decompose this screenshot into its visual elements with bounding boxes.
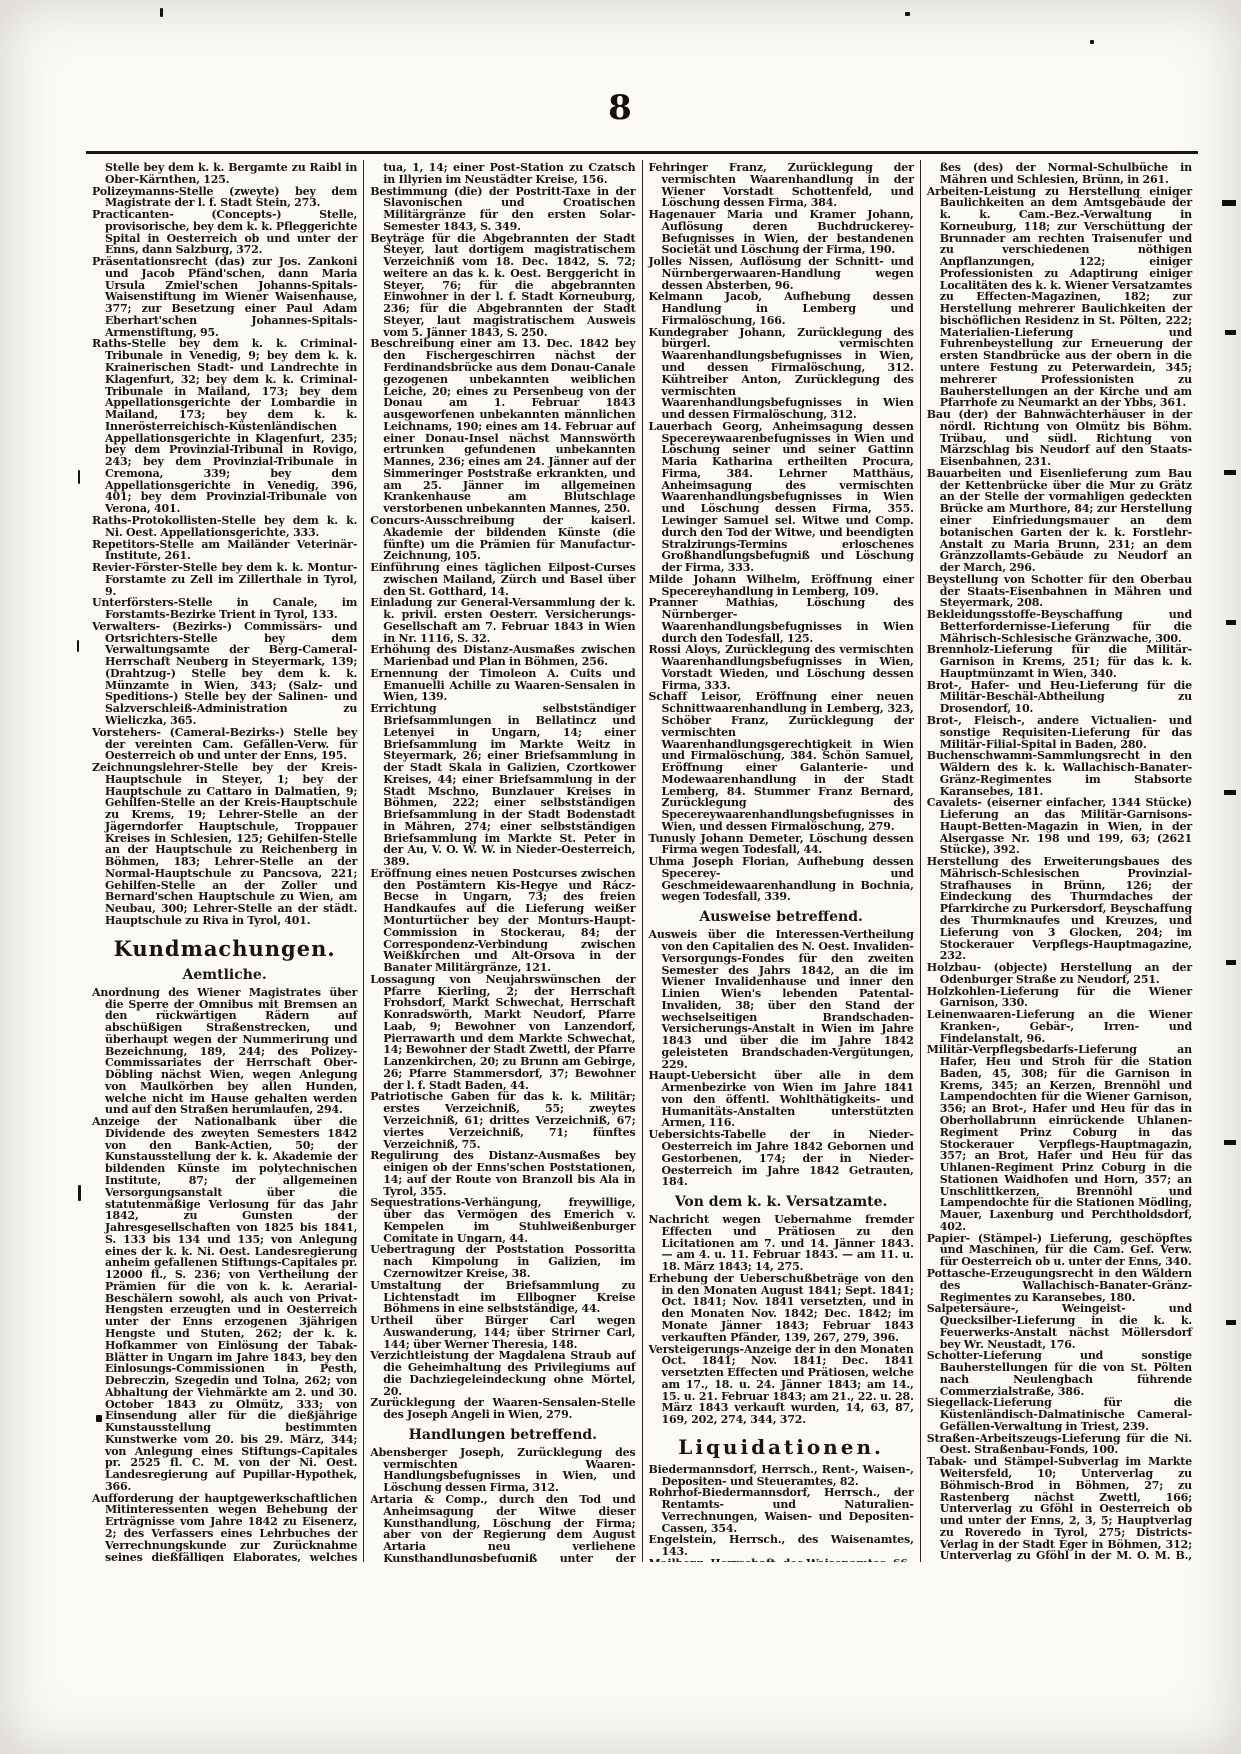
- index-entry: Revier-Förster-Stelle bey dem k. k. Mont…: [92, 562, 357, 597]
- index-entry: Uhma Joseph Florian, Aufhebung dessen Sp…: [649, 856, 914, 903]
- page-edge-mark: [1222, 200, 1236, 206]
- index-entry: Verwalters- (Bezirks-) Commissärs- und O…: [92, 621, 357, 727]
- index-entry: Errichtung selbstständiger Briefsammlung…: [370, 703, 635, 868]
- page-edge-mark: [1224, 470, 1236, 475]
- index-entry: Arbeiten-Leistung zu Herstellung einiger…: [927, 186, 1192, 410]
- page-edge-mark: [1225, 330, 1236, 335]
- index-entry: Einführung eines täglichen Eilpost-Curse…: [370, 562, 635, 597]
- index-column-3: Fehringer Franz, Zurücklegung der vermis…: [642, 160, 920, 1562]
- section-heading: Von dem k. k. Versatzamte.: [649, 1194, 914, 1210]
- index-entry: Uebertragung der Poststation Possoritta …: [370, 1244, 635, 1279]
- index-entry: ßes (des) der Normal-Schulbüche in Mähre…: [927, 162, 1192, 186]
- index-entry: Bauarbeiten und Eisenlieferung zum Bau d…: [927, 468, 1192, 574]
- index-entry: Pranner Mathias, Löschung des Nürnberger…: [649, 597, 914, 644]
- index-entry: Erhebung der Ueberschußbeträge von den i…: [649, 1273, 914, 1344]
- page-edge-mark: [1224, 1140, 1236, 1145]
- index-entry: Uebersichts-Tabelle der in Nieder-Oester…: [649, 1129, 914, 1188]
- index-entry: Erhöhung des Distanz-Ausmaßes zwischen M…: [370, 644, 635, 668]
- index-entry: Sequestrations-Verhängung, freywillige, …: [370, 1197, 635, 1244]
- index-entry: Tabak- und Stämpel-Subverlag im Markte W…: [927, 1456, 1192, 1562]
- index-entry: Ausweis über die Interessen-Vertheilung …: [649, 929, 914, 1070]
- index-column-2: tua, 1, 14; einer Post-Station zu Czatsc…: [363, 160, 641, 1562]
- index-entry: Lossagung von Neujahrswünschen der Pfarr…: [370, 974, 635, 1092]
- index-entry: Eröffnung eines neuen Postcurses zwische…: [370, 868, 635, 974]
- index-entry: Kundegraber Johann, Zurücklegung des bür…: [649, 327, 914, 421]
- index-entry: Mailberg, Herrschaft, des Waisenamtes, 6…: [649, 1558, 914, 1562]
- index-entry: Patriotische Gaben für das k. k. Militär…: [370, 1091, 635, 1150]
- index-entry: Beschreibung einer am 13. Dec. 1842 bey …: [370, 338, 635, 514]
- index-entry: Vorstehers- (Cameral-Bezirks-) Stelle be…: [92, 727, 357, 762]
- index-entry: Abensberger Joseph, Zurücklegung des ver…: [370, 1447, 635, 1494]
- scan-speck: [160, 8, 163, 17]
- index-entry: Brennholz-Lieferung für die Militär-Garn…: [927, 644, 1192, 679]
- index-entry: Salpetersäure-, Weingeist- und Quecksilb…: [927, 1303, 1192, 1350]
- index-entry: Biedermannsdorf, Herrsch., Rent-, Waisen…: [649, 1464, 914, 1488]
- page-edge-mark: [1226, 960, 1236, 965]
- index-entry: Holzbau- (objecte) Herstellung an der Od…: [927, 962, 1192, 986]
- index-entry: Präsentationsrecht (das) zur Jos. Zankon…: [92, 256, 357, 338]
- index-entry: Einladung zur General-Versammlung der k.…: [370, 597, 635, 644]
- index-entry: Verzichtleistung der Magdalena Straub au…: [370, 1350, 635, 1397]
- page-edge-mark: [1226, 1320, 1236, 1325]
- index-entry: Rossi Aloys, Zurücklegung des vermischte…: [649, 644, 914, 691]
- index-entry: Zeichnungslehrer-Stelle bey der Kreis-Ha…: [92, 762, 357, 927]
- scan-speck: [77, 640, 79, 652]
- index-entry: Brot-, Fleisch-, andere Victualien- und …: [927, 715, 1192, 750]
- index-entry: Artaria & Comp., durch den Tod und Anhei…: [370, 1494, 635, 1562]
- section-heading: Ausweise betreffend.: [649, 909, 914, 925]
- index-entry: Buchenschwamm-Sammlungsrecht in den Wäld…: [927, 750, 1192, 797]
- scanned-index-page: 8 Stelle bey dem k. k. Bergamte zu Raibl…: [0, 0, 1241, 1754]
- page-edge-mark: [1224, 790, 1236, 795]
- index-entry: Pottasche-Erzeugungsrecht in den Wäldern…: [927, 1268, 1192, 1303]
- index-column-1: Stelle bey dem k. k. Bergamte zu Raibl i…: [86, 160, 363, 1562]
- index-entry: Practicanten- (Concepts-) Stelle, provis…: [92, 209, 357, 256]
- index-entry: Leinenwaaren-Lieferung an die Wiener Kra…: [927, 1009, 1192, 1044]
- section-heading: Kundmachungen.: [92, 936, 357, 961]
- index-entry: Raths-Stelle bey dem k. k. Criminal-Trib…: [92, 338, 357, 514]
- index-entry: Militär-Verpflegsbedarfs-Lieferung an Ha…: [927, 1044, 1192, 1232]
- index-entry: Herstellung des Erweiterungsbaues des Mä…: [927, 856, 1192, 962]
- index-entry: Fehringer Franz, Zurücklegung der vermis…: [649, 162, 914, 209]
- index-entry: Versteigerungs-Anzeige der in den Monate…: [649, 1344, 914, 1426]
- index-entry: Jolles Nissen, Auflösung der Schnitt- un…: [649, 256, 914, 291]
- index-entry: Lauerbach Georg, Anheimsagung dessen Spe…: [649, 421, 914, 574]
- index-entry: Rohrhof-Biedermannsdorf, Herrsch., der R…: [649, 1487, 914, 1534]
- index-entry: Unterförsters-Stelle in Canale, im Forst…: [92, 597, 357, 621]
- index-entry: Urtheil über Bürger Carl wegen Auswander…: [370, 1315, 635, 1350]
- index-entry: Nachricht wegen Uebernahme fremder Effec…: [649, 1214, 914, 1273]
- index-entry: Concurs-Ausschreibung der kaiserl. Akade…: [370, 515, 635, 562]
- index-entry: Kelmann Jacob, Aufhebung dessen Handlung…: [649, 291, 914, 326]
- index-columns: Stelle bey dem k. k. Bergamte zu Raibl i…: [86, 160, 1198, 1562]
- scan-speck: [78, 1185, 81, 1201]
- section-heading: Liquidationen.: [649, 1435, 914, 1459]
- section-heading: Handlungen betreffend.: [370, 1427, 635, 1443]
- index-entry: Ernennung der Timoleon A. Cuits und Eman…: [370, 668, 635, 703]
- index-entry: Brot-, Hafer- und Heu-Lieferung für die …: [927, 680, 1192, 715]
- index-entry: Raths-Protokollisten-Stelle bey dem k. k…: [92, 515, 357, 539]
- index-entry: Tunusly Johann Demeter, Löschung dessen …: [649, 833, 914, 857]
- index-entry: Bekleidungsstoffe-Beyschaffung und Bette…: [927, 609, 1192, 644]
- index-entry: Papier- (Stämpel-) Lieferung, geschöpfte…: [927, 1233, 1192, 1268]
- index-entry: Regulirung des Distanz-Ausmaßes bey eini…: [370, 1150, 635, 1197]
- index-entry: Bau (der) der Bahnwächterhäuser in der n…: [927, 409, 1192, 468]
- index-entry: Umstaltung der Briefsammlung zu Lichtens…: [370, 1280, 635, 1315]
- index-entry: Repetitors-Stelle am Mailänder Veterinär…: [92, 539, 357, 563]
- scan-speck: [1090, 40, 1094, 44]
- index-entry: Schaff Leisor, Eröffnung einer neuen Sch…: [649, 691, 914, 832]
- index-entry: Straßen-Arbeitszeugs-Lieferung für die N…: [927, 1433, 1192, 1457]
- index-entry: Aufforderung der hauptgewerkschaftlichen…: [92, 1493, 357, 1562]
- page-number: 8: [0, 88, 1241, 128]
- scan-speck: [905, 12, 910, 16]
- index-entry: Schotter-Lieferung und sonstige Bauherst…: [927, 1350, 1192, 1397]
- index-entry: Anordnung des Wiener Magistrates über di…: [92, 987, 357, 1116]
- index-entry: Beyträge für die Abgebrannten der Stadt …: [370, 233, 635, 339]
- index-entry: Anzeige der Nationalbank über die Divide…: [92, 1116, 357, 1493]
- index-entry: Bestimmung (die) der Postritt-Taxe in de…: [370, 186, 635, 233]
- index-entry: Haupt-Uebersicht über alle in dem Armenb…: [649, 1070, 914, 1129]
- index-entry: Siegellack-Lieferung für die Küstenländi…: [927, 1397, 1192, 1432]
- index-entry: Milde Johann Wilhelm, Eröffnung einer Sp…: [649, 574, 914, 598]
- index-entry: Zurücklegung der Waaren-Sensalen-Stelle …: [370, 1397, 635, 1421]
- index-entry: Cavalets- (eiserner einfacher, 1344 Stüc…: [927, 797, 1192, 856]
- index-entry: Stelle bey dem k. k. Bergamte zu Raibl i…: [92, 162, 357, 186]
- scan-speck: [78, 470, 80, 484]
- scan-speck: [96, 1415, 102, 1422]
- header-rule: [86, 151, 1198, 154]
- index-entry: tua, 1, 14; einer Post-Station zu Czatsc…: [370, 162, 635, 186]
- index-entry: Hagenauer Maria und Kramer Johann, Auflö…: [649, 209, 914, 256]
- index-entry: Engelstein, Herrsch., des Waisenamtes, 1…: [649, 1534, 914, 1558]
- index-entry: Polizeymanns-Stelle (zweyte) bey dem Mag…: [92, 186, 357, 210]
- page-edge-mark: [1226, 620, 1236, 625]
- section-heading: Aemtliche.: [92, 967, 357, 983]
- index-column-4: ßes (des) der Normal-Schulbüche in Mähre…: [920, 160, 1198, 1562]
- index-entry: Holzkohlen-Lieferung für die Wiener Garn…: [927, 986, 1192, 1010]
- index-entry: Beystellung von Schotter für den Oberbau…: [927, 574, 1192, 609]
